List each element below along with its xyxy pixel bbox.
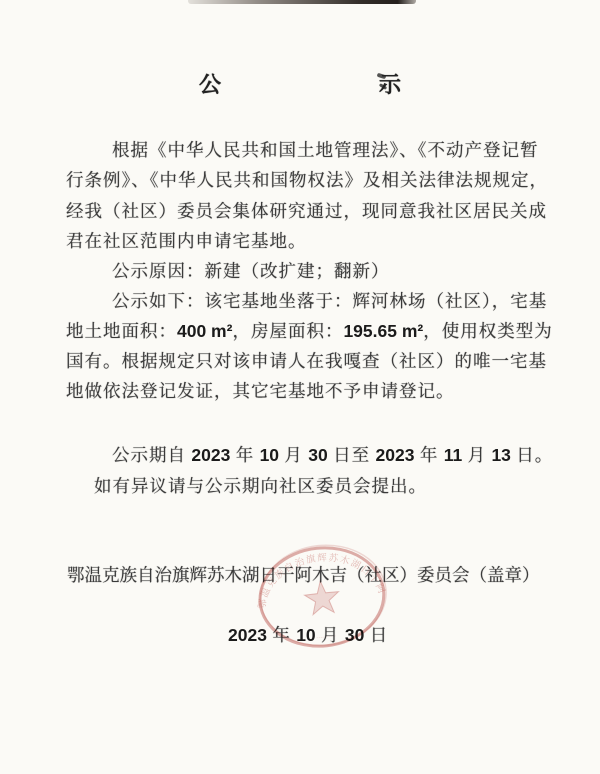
start-year: 2023 bbox=[191, 445, 230, 465]
date-year: 2023 bbox=[228, 625, 267, 645]
date-text: 月 bbox=[316, 625, 345, 645]
period-text: 公示期自 bbox=[112, 445, 191, 465]
scan-artifact-top-stripe bbox=[188, 0, 416, 4]
period-line: 公示期自 2023 年 10 月 30 日至 2023 年 11 月 13 日。 bbox=[112, 442, 553, 467]
period-text: 日至 bbox=[328, 445, 376, 465]
document-title: 公 示 bbox=[0, 68, 600, 99]
detail-line: 国有。根据规定只对该申请人在我嘎查（社区）的唯一宅基 bbox=[66, 348, 547, 373]
detail-line: 地做依法登记发证，其它宅基地不予申请登记。 bbox=[66, 378, 455, 403]
date-text: 日 bbox=[364, 625, 388, 645]
body-line: 君在社区范围内申请宅基地。 bbox=[66, 228, 307, 253]
period-text: 年 bbox=[230, 445, 259, 465]
period-text: 月 bbox=[279, 445, 308, 465]
date-day: 30 bbox=[345, 625, 364, 645]
body-line: 行条例》、《中华人民共和国物权法》及相关法律法规规定， bbox=[66, 167, 548, 192]
title-char-right: 示 bbox=[379, 68, 401, 99]
objection-line: 如有异议请与公示期向社区委员会提出。 bbox=[94, 473, 427, 498]
detail-text: 地土地面积： bbox=[66, 321, 177, 341]
end-year: 2023 bbox=[376, 445, 415, 465]
period-text: 日。 bbox=[511, 445, 553, 465]
detail-text: ，房屋面积： bbox=[232, 321, 343, 341]
detail-line: 公示如下：该宅基地坐落于：辉河林场（社区），宅基 bbox=[112, 288, 547, 313]
title-char-left: 公 bbox=[199, 68, 221, 99]
date-month: 10 bbox=[296, 625, 315, 645]
period-text: 月 bbox=[462, 445, 491, 465]
scanned-notice-document: 公 示 根据《中华人民共和国土地管理法》、《不动产登记暂 行条例》、《中华人民共… bbox=[0, 0, 600, 774]
start-month: 10 bbox=[260, 445, 279, 465]
body-line: 经我（社区）委员会集体研究通过，现同意我社区居民关成 bbox=[66, 198, 547, 223]
issue-date-line: 2023 年 10 月 30 日 bbox=[228, 622, 388, 647]
committee-signature-line: 鄂温克族自治旗辉苏木湖日干阿木吉（社区）委员会（盖章） bbox=[67, 562, 540, 587]
detail-line: 地土地面积：400 m²，房屋面积：195.65 m²，使用权类型为 bbox=[66, 318, 553, 343]
detail-text: ，使用权类型为 bbox=[423, 321, 553, 341]
reason-line: 公示原因：新建（改扩建；翻新） bbox=[112, 258, 390, 283]
body-line: 根据《中华人民共和国土地管理法》、《不动产登记暂 bbox=[112, 137, 539, 162]
land-area-value: 400 m² bbox=[177, 321, 232, 341]
period-text: 年 bbox=[414, 445, 443, 465]
start-day: 30 bbox=[308, 445, 327, 465]
date-text: 年 bbox=[267, 625, 296, 645]
end-month: 11 bbox=[444, 445, 463, 465]
end-day: 13 bbox=[491, 445, 510, 465]
house-area-value: 195.65 m² bbox=[343, 321, 423, 341]
